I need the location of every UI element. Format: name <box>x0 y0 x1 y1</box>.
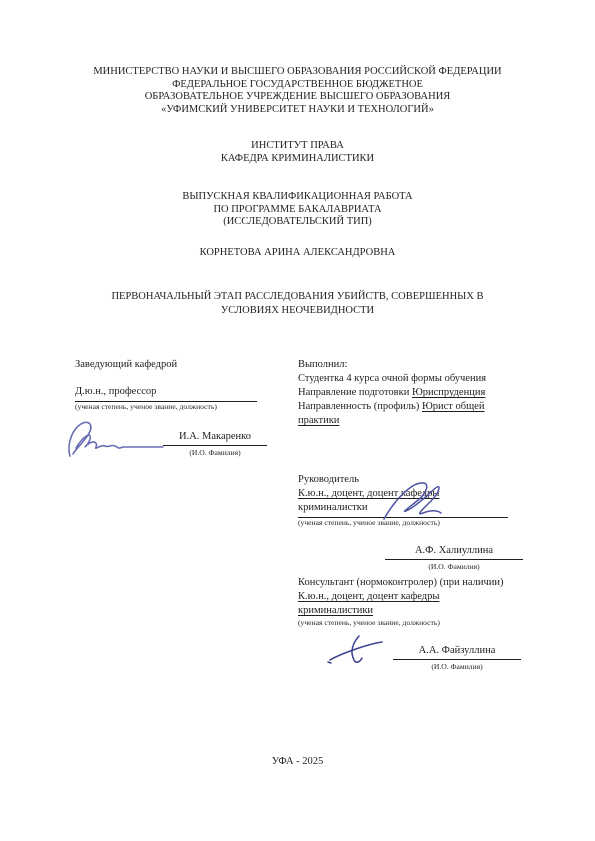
consultant-degree-text: К.ю.н., доцент, доцент кафедры <box>298 591 439 602</box>
consultant-name-box: А.А. Файзуллина (И.О. Фамилия) <box>393 644 521 674</box>
profile-line: Направленность (профиль) Юрист общей <box>298 400 544 414</box>
direction-value: Юриспруденция <box>412 387 485 398</box>
consultant-role-label: Консультант (нормоконтролер) (при наличи… <box>298 576 544 590</box>
name-caption: (И.О. Фамилия) <box>189 448 240 457</box>
direction-label: Направление подготовки <box>298 387 409 398</box>
author-name: КОРНЕТОВА АРИНА АЛЕКСАНДРОВНА <box>0 247 595 258</box>
department-name: КАФЕДРА КРИМИНАЛИСТИКИ <box>0 153 595 166</box>
work-type-line: ВЫПУСКНАЯ КВАЛИФИКАЦИОННАЯ РАБОТА <box>0 191 595 204</box>
signature-fayzullina-icon <box>326 634 396 666</box>
degree-caption: (ученая степень, ученое звание, должност… <box>75 402 291 412</box>
consultant-degree-line2: криминалистики <box>298 604 544 618</box>
consultant-block: Консультант (нормоконтролер) (при наличи… <box>298 576 544 672</box>
thesis-title: ПЕРВОНАЧАЛЬНЫЙ ЭТАП РАССЛЕДОВАНИЯ УБИЙСТ… <box>40 290 555 317</box>
supervisor-degree-line2: криминалистки <box>298 501 508 518</box>
head-degree-text: Д.ю.н., профессор <box>75 386 156 397</box>
work-type-line: (ИССЛЕДОВАТЕЛЬСКИЙ ТИП) <box>0 216 595 229</box>
consultant-degree-text2: криминалистики <box>298 605 373 616</box>
ministry-line: ФЕДЕРАЛЬНОЕ ГОСУДАРСТВЕННОЕ БЮДЖЕТНОЕ <box>0 79 595 92</box>
profile-value: Юрист общей <box>422 401 485 412</box>
ministry-line: ОБРАЗОВАТЕЛЬНОЕ УЧРЕЖДЕНИЕ ВЫСШЕГО ОБРАЗ… <box>0 91 595 104</box>
signature-khaliullina-icon <box>378 479 458 521</box>
work-type-block: ВЫПУСКНАЯ КВАЛИФИКАЦИОННАЯ РАБОТА ПО ПРО… <box>0 191 595 229</box>
name-caption: (И.О. Фамилия) <box>428 562 479 571</box>
profile-label: Направленность (профиль) <box>298 401 419 412</box>
university-name: «УФИМСКИЙ УНИВЕРСИТЕТ НАУКИ И ТЕХНОЛОГИЙ… <box>0 104 595 117</box>
head-name: И.А. Макаренко <box>163 430 267 446</box>
profile-value-cont: практики <box>298 415 339 426</box>
work-type-line: ПО ПРОГРАММЕ БАКАЛАВРИАТА <box>0 204 595 217</box>
head-role-label: Заведующий кафедрой <box>75 358 291 372</box>
head-degree-line: Д.ю.н., профессор <box>75 385 257 402</box>
supervisor-block: Руководитель К.ю.н., доцент, доцент кафе… <box>298 473 544 572</box>
supervisor-name-row: А.Ф. Халиуллина (И.О. Фамилия) <box>298 544 544 572</box>
profile-line-2: практики <box>298 414 544 428</box>
direction-line: Направление подготовки Юриспруденция <box>298 386 544 400</box>
institute-block: ИНСТИТУТ ПРАВА КАФЕДРА КРИМИНАЛИСТИКИ <box>0 140 595 165</box>
ministry-header: МИНИСТЕРСТВО НАУКИ И ВЫСШЕГО ОБРАЗОВАНИЯ… <box>0 66 595 117</box>
performed-label: Выполнил: <box>298 358 544 372</box>
thesis-title-line: УСЛОВИЯХ НЕОЧЕВИДНОСТИ <box>40 304 555 318</box>
thesis-title-page: МИНИСТЕРСТВО НАУКИ И ВЫСШЕГО ОБРАЗОВАНИЯ… <box>0 0 595 841</box>
name-caption: (И.О. Фамилия) <box>431 662 482 671</box>
degree-caption: (ученая степень, ученое звание, должност… <box>298 618 544 628</box>
city-year-footer: УФА - 2025 <box>0 756 595 767</box>
ministry-line: МИНИСТЕРСТВО НАУКИ И ВЫСШЕГО ОБРАЗОВАНИЯ… <box>0 66 595 79</box>
performer-block: Выполнил: Студентка 4 курса очной формы … <box>298 358 544 672</box>
head-signature-area: И.А. Макаренко (И.О. Фамилия) <box>75 416 291 472</box>
consultant-name-row: А.А. Файзуллина (И.О. Фамилия) <box>298 644 544 672</box>
head-name-box: И.А. Макаренко (И.О. Фамилия) <box>163 430 267 460</box>
head-of-department-block: Заведующий кафедрой Д.ю.н., профессор (у… <box>75 358 291 472</box>
institute-name: ИНСТИТУТ ПРАВА <box>0 140 595 153</box>
supervisor-name-box: А.Ф. Халиуллина (И.О. Фамилия) <box>385 544 523 574</box>
supervisor-degree-text2: криминалистки <box>298 502 367 513</box>
consultant-name: А.А. Файзуллина <box>393 644 521 660</box>
thesis-title-line: ПЕРВОНАЧАЛЬНЫЙ ЭТАП РАССЛЕДОВАНИЯ УБИЙСТ… <box>40 290 555 304</box>
student-line: Студентка 4 курса очной формы обучения <box>298 372 544 386</box>
consultant-degree-line1: К.ю.н., доцент, доцент кафедры <box>298 590 544 604</box>
supervisor-name: А.Ф. Халиуллина <box>385 544 523 560</box>
